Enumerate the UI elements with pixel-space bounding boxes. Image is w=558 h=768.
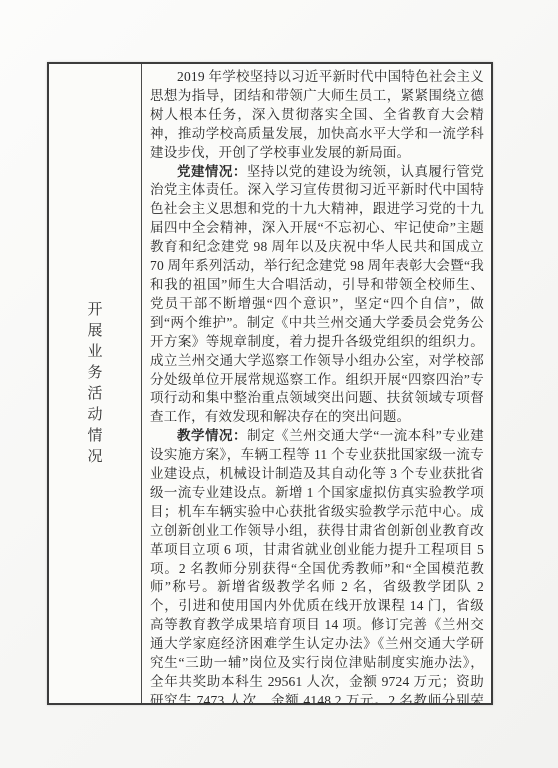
paragraph-lead: 党建情况： [177,164,247,179]
paragraph-lead: 教学情况： [177,428,247,443]
row-label-char: 况 [87,450,102,465]
paragraph-text: 2019 年学校坚持以习近平新时代中国特色社会主义思想为指导，团结和带领广大师生… [150,69,484,160]
row-label-cell: 开 展 业 务 活 动 情 况 [49,64,142,703]
row-label-char: 展 [87,324,102,339]
row-label-char: 开 [87,303,102,318]
paragraph-text: 制定《兰州交通大学“一流本科”专业建设实施方案》，车辆工程等 11 个专业获批国… [150,428,484,703]
row-label-char: 动 [87,408,102,423]
paragraph-teaching: 教学情况：制定《兰州交通大学“一流本科”专业建设实施方案》，车辆工程等 11 个… [150,427,484,703]
paragraph-overview: 2019 年学校坚持以习近平新时代中国特色社会主义思想为指导，团结和带领广大师生… [150,68,484,163]
report-table: 开 展 业 务 活 动 情 况 2019 年学校坚持以习近平新时代中国特色社会主… [47,62,493,705]
content-cell: 2019 年学校坚持以习近平新时代中国特色社会主义思想为指导，团结和带领广大师生… [142,64,491,703]
row-label-char: 业 [87,345,102,360]
row-label-char: 务 [87,366,102,381]
scanned-document-page: { "table": { "colors": { "border": "#3c3… [0,0,558,768]
paragraph-text: 坚持以党的建设为统领，认真履行管党治党主体责任。深入学习宣传贯彻习近平新时代中国… [150,164,484,425]
row-label-char: 情 [87,429,102,444]
paragraph-party-building: 党建情况：坚持以党的建设为统领，认真履行管党治党主体责任。深入学习宣传贯彻习近平… [150,163,484,428]
row-label-char: 活 [87,387,102,402]
